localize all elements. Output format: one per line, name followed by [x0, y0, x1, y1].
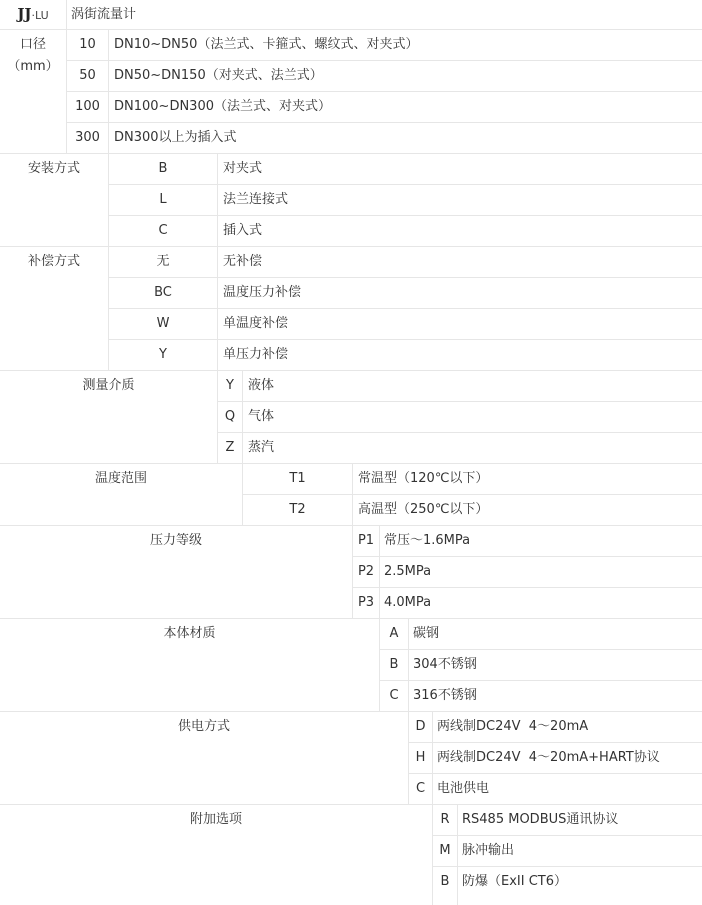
medium-code: Z [218, 432, 242, 463]
model-prefix: JJ [17, 5, 31, 23]
caliber-desc: DN50~DN150（对夹式、法兰式） [108, 60, 323, 91]
material-code: B [380, 649, 408, 680]
pressure-desc: 4.0MPa [379, 587, 431, 618]
grid-line [217, 401, 702, 402]
installation-label: 安装方式 [0, 153, 108, 184]
compensation-code: 无 [109, 246, 217, 277]
options-label: 附加选项 [0, 804, 432, 835]
grid-line [66, 0, 67, 29]
installation-code: B [109, 153, 217, 184]
temperature-desc: 高温型（250℃以下） [352, 494, 488, 525]
pressure-code: P3 [353, 587, 379, 618]
material-label: 本体材质 [0, 618, 379, 649]
compensation-desc: 单温度补偿 [217, 308, 288, 339]
pressure-desc: 2.5MPa [379, 556, 431, 587]
installation-desc: 法兰连接式 [217, 184, 288, 215]
product-name: 涡街流量计 [66, 0, 136, 29]
installation-desc: 插入式 [217, 215, 262, 246]
caliber-label-unit: （mm） [0, 51, 66, 82]
options-code: M [433, 835, 457, 866]
material-code: A [380, 618, 408, 649]
compensation-code: Y [109, 339, 217, 370]
caliber-label: 口径 （mm） [0, 29, 66, 82]
medium-desc: 蒸汽 [242, 432, 274, 463]
caliber-code: 10 [67, 29, 108, 60]
compensation-desc: 无补偿 [217, 246, 262, 277]
material-desc: 316不锈钢 [408, 680, 477, 711]
power-code: C [409, 773, 432, 804]
options-code: B [433, 866, 457, 897]
temperature-code: T2 [243, 494, 352, 525]
installation-desc: 对夹式 [217, 153, 262, 184]
installation-code: C [109, 215, 217, 246]
power-desc: 两线制DC24V 4～20mA [432, 711, 588, 742]
temperature-code: T1 [243, 463, 352, 494]
compensation-code: BC [109, 277, 217, 308]
options-desc: 脉冲输出 [457, 835, 514, 866]
caliber-code: 300 [67, 122, 108, 153]
pressure-code: P2 [353, 556, 379, 587]
caliber-desc: DN100~DN300（法兰式、对夹式） [108, 91, 331, 122]
pressure-desc: 常压～1.6MPa [379, 525, 470, 556]
medium-code: Y [218, 370, 242, 401]
installation-code: L [109, 184, 217, 215]
caliber-code: 100 [67, 91, 108, 122]
compensation-label: 补偿方式 [0, 246, 108, 277]
power-label: 供电方式 [0, 711, 408, 742]
grid-line [217, 432, 702, 433]
material-desc: 304不锈钢 [408, 649, 477, 680]
caliber-code: 50 [67, 60, 108, 91]
caliber-desc: DN300以上为插入式 [108, 122, 237, 153]
medium-desc: 气体 [242, 401, 274, 432]
options-desc: 防爆（ExII CT6） [457, 866, 567, 897]
model-suffix: ·LU [32, 9, 49, 22]
material-code: C [380, 680, 408, 711]
model-selection-table: JJ·LU 涡街流量计 口径 （mm） 10 DN10~DN50（法兰式、卡箍式… [0, 0, 702, 905]
model-code: JJ·LU [0, 0, 66, 29]
medium-label: 测量介质 [0, 370, 217, 401]
medium-code: Q [218, 401, 242, 432]
medium-desc: 液体 [242, 370, 274, 401]
power-desc: 两线制DC24V 4～20mA+HART协议 [432, 742, 660, 773]
material-desc: 碳钢 [408, 618, 439, 649]
temperature-label: 温度范围 [0, 463, 242, 494]
power-desc: 电池供电 [432, 773, 489, 804]
pressure-label: 压力等级 [0, 525, 352, 556]
power-code: D [409, 711, 432, 742]
compensation-desc: 单压力补偿 [217, 339, 288, 370]
compensation-desc: 温度压力补偿 [217, 277, 301, 308]
caliber-desc: DN10~DN50（法兰式、卡箍式、螺纹式、对夹式） [108, 29, 418, 60]
options-desc: RS485 MODBUS通讯协议 [457, 804, 618, 835]
power-code: H [409, 742, 432, 773]
compensation-code: W [109, 308, 217, 339]
pressure-code: P1 [353, 525, 379, 556]
options-code: R [433, 804, 457, 835]
temperature-desc: 常温型（120℃以下） [352, 463, 488, 494]
